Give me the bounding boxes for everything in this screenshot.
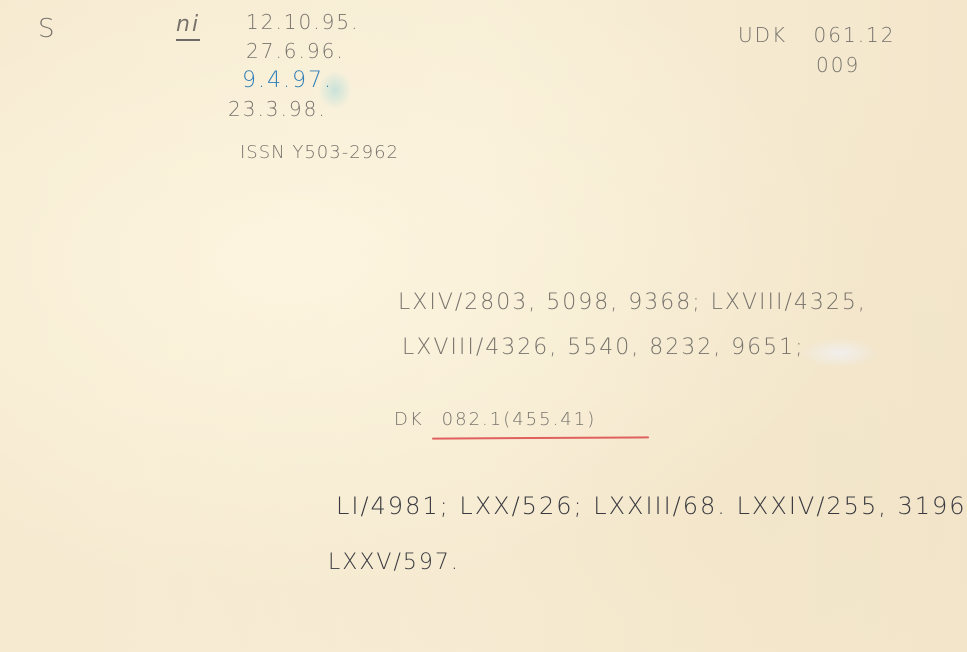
inventory-line: LXVIII/4326, 5540, 8232, 9651; [402, 335, 805, 360]
dk-code: 082.1(455.41) [442, 409, 597, 430]
red-underline [432, 436, 649, 439]
date-entry: 12.10.95. [246, 8, 359, 37]
inventory-line: LXXV/597. [328, 550, 460, 575]
date-entry: 27.6.96. [246, 37, 359, 66]
dk-label: DK [394, 409, 424, 430]
udk-label: UDK [738, 23, 787, 47]
udk-classification: UDK 061.12 009 [738, 20, 896, 80]
date-entry: 9.4.97. [242, 66, 359, 95]
udk-code-1: 061.12 [814, 23, 896, 47]
dk-classification: DK082.1(455.41) [394, 409, 596, 430]
corner-letter: S [38, 14, 57, 44]
date-entry: 23.3.98. [228, 95, 359, 124]
catalog-card: S ni 12.10.95. 27.6.96. 9.4.97. 23.3.98.… [0, 0, 967, 652]
udk-code-2: 009 [816, 50, 896, 80]
correction-stain [800, 338, 880, 368]
inventory-line: LI/4981; LXX/526; LXXIII/68. LXXIV/255, … [336, 492, 967, 520]
issn-number: ISSN Y503-2962 [240, 142, 399, 163]
inventory-line: LXIV/2803, 5098, 9368; LXVIII/4325, [398, 290, 867, 315]
initials: ni [176, 12, 200, 41]
date-list: 12.10.95. 27.6.96. 9.4.97. 23.3.98. [232, 8, 359, 124]
